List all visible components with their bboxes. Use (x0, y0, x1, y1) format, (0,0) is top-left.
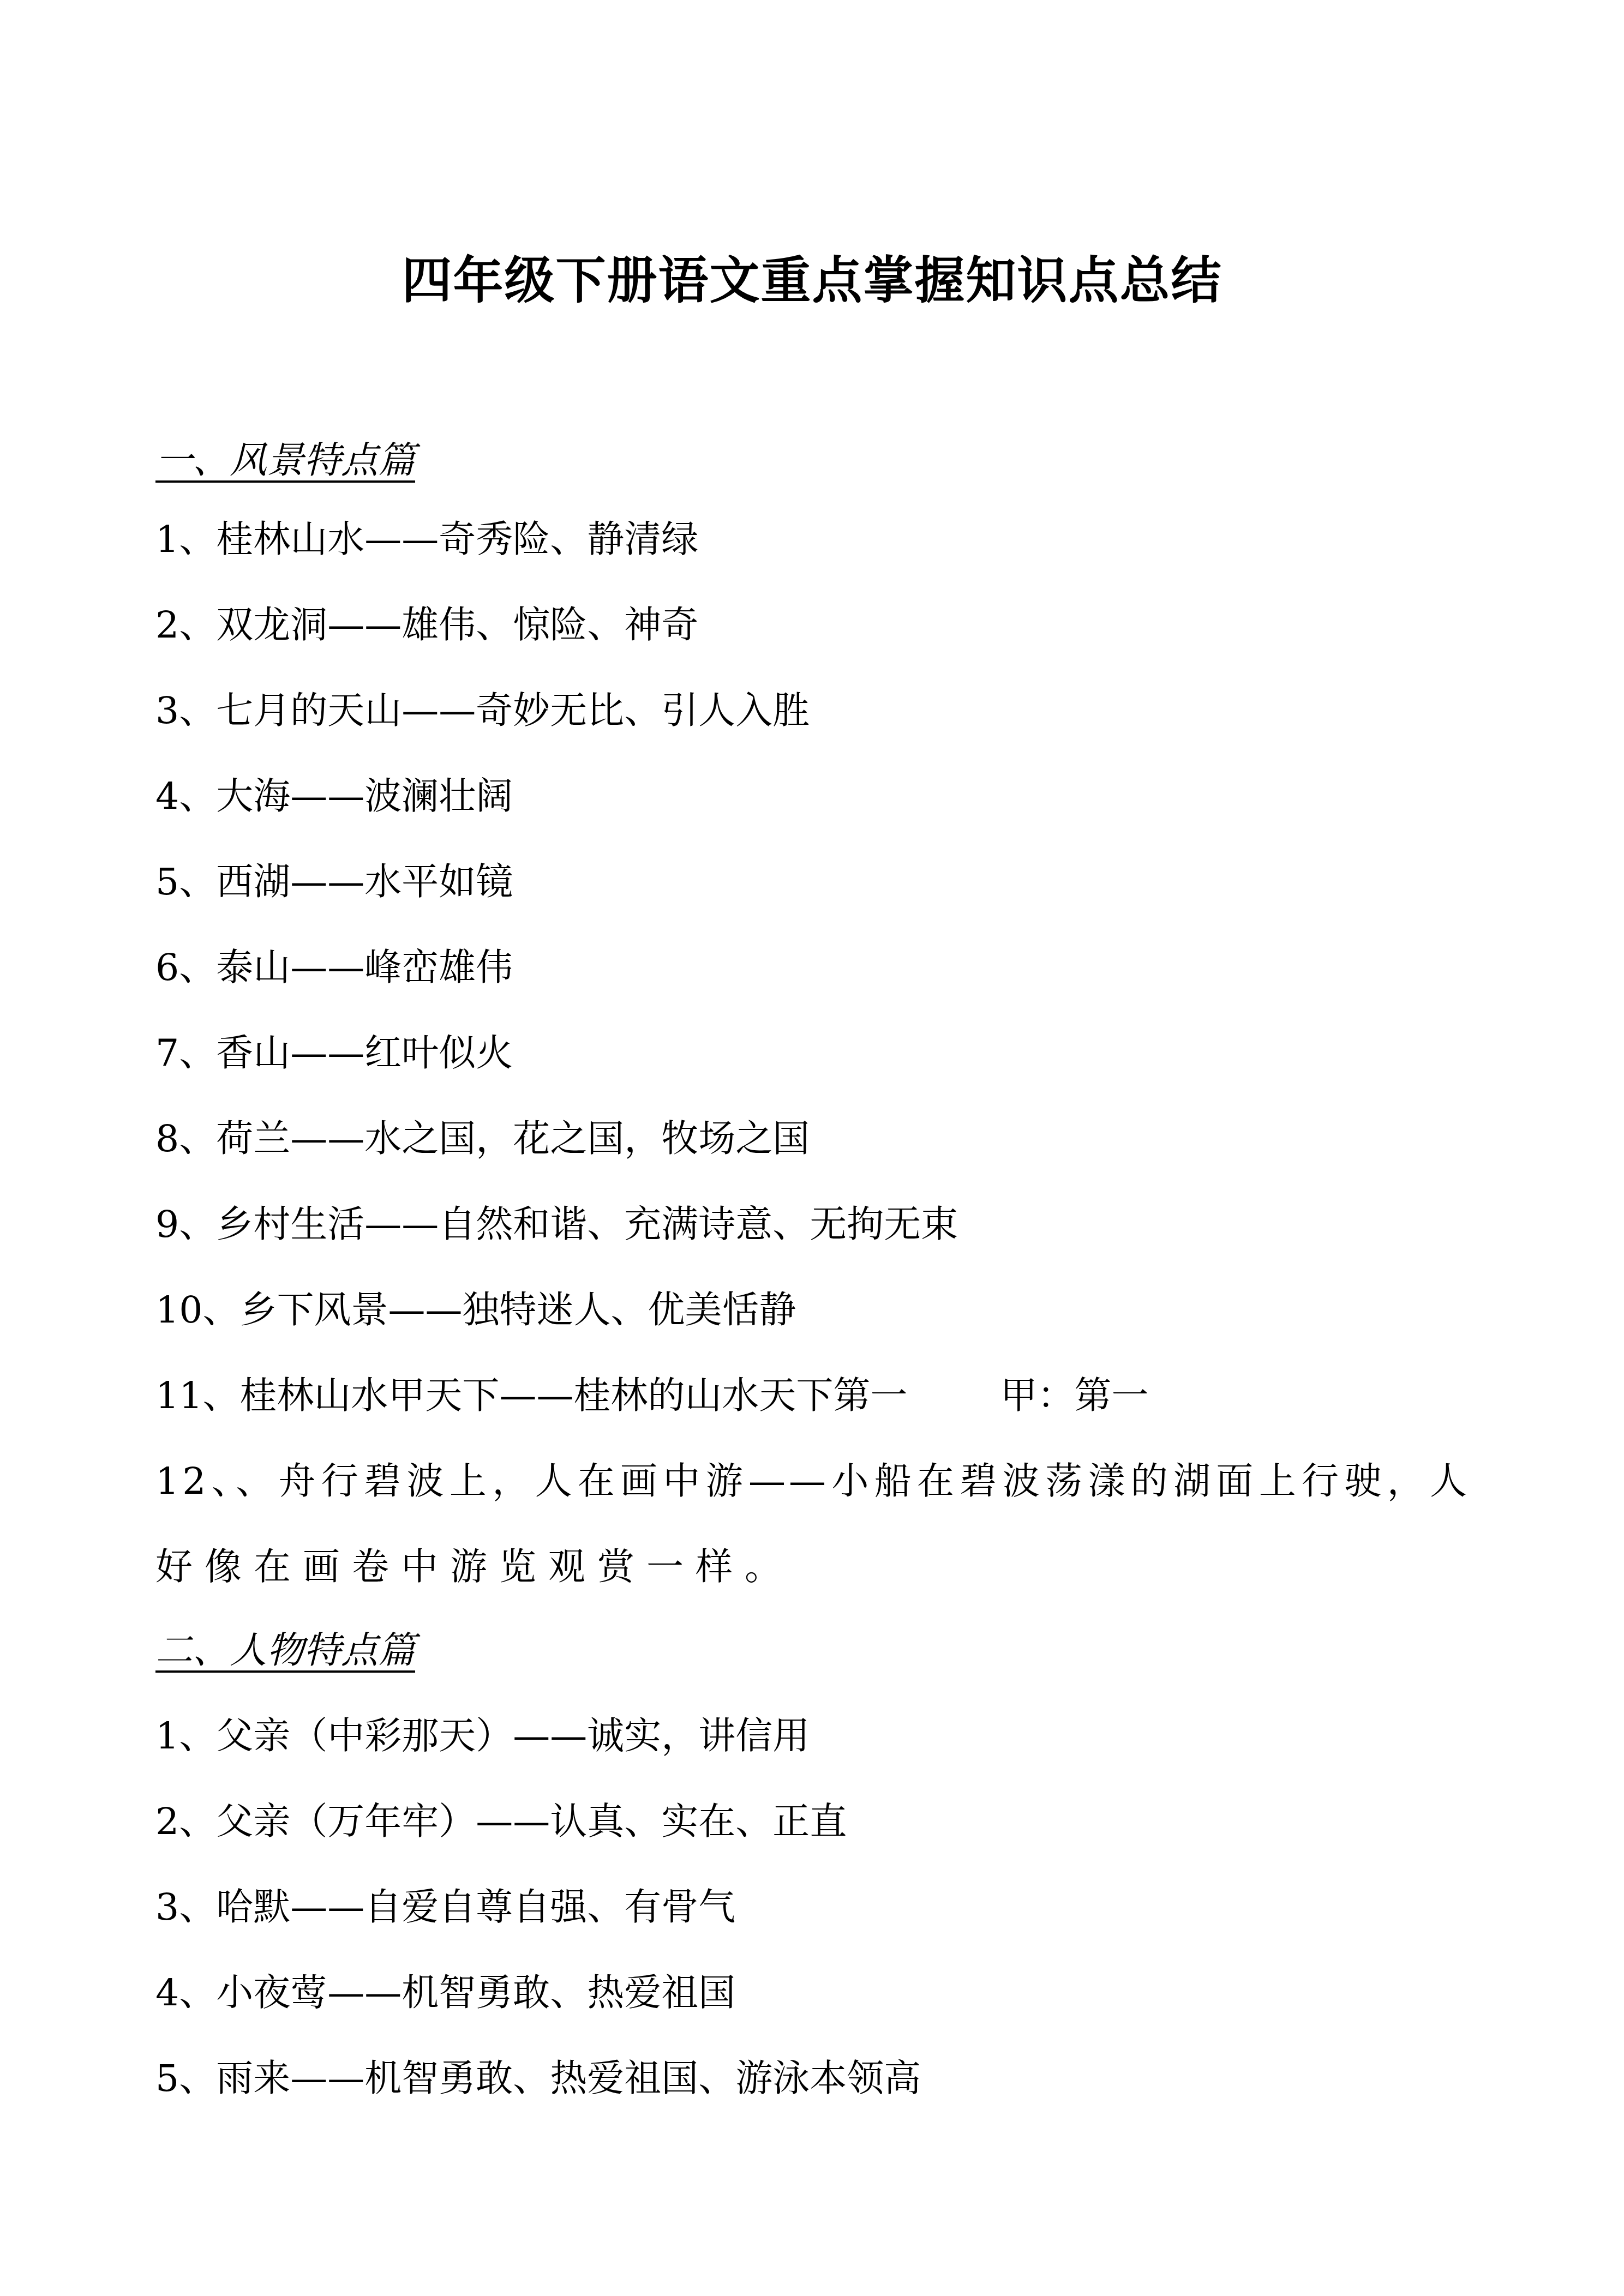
list-item: 11、桂林山水甲天下——桂林的山水天下第一甲：第一 (155, 1372, 1149, 1421)
item-note: 甲：第一 (1000, 1374, 1149, 1417)
list-item: 2、父亲（万年牢）——认真、实在、正直 (155, 1798, 847, 1847)
list-item: 8、荷兰——水之国，花之国，牧场之国 (155, 1115, 810, 1164)
item-number: 10、 (155, 1289, 240, 1332)
item-text: 桂林山水甲天下——桂林的山水天下第一 (240, 1374, 908, 1417)
list-item: 5、雨来——机智勇敢、热爱祖国、游泳本领高 (155, 2054, 921, 2103)
list-item: 6、泰山——峰峦雄伟 (155, 943, 513, 993)
list-item: 3、七月的天山——奇妙无比、引人入胜 (155, 687, 810, 736)
item-text: 雨来——机智勇敢、热爱祖国、游泳本领高 (216, 2057, 921, 2100)
item-number: 6、 (155, 946, 216, 989)
item-text: 小夜莺——机智勇敢、热爱祖国 (216, 1972, 735, 2015)
item-number: 2、 (155, 1800, 216, 1843)
list-item: 1、桂林山水——奇秀险、静清绿 (155, 515, 698, 564)
item-text: 香山——红叶似火 (216, 1032, 513, 1075)
list-item: 9、乡村生活——自然和谐、充满诗意、无拘无束 (155, 1200, 958, 1249)
item-text: 桂林山水——奇秀险、静清绿 (216, 518, 698, 561)
item-number: 4、 (155, 775, 216, 818)
item-number: 1、 (155, 1715, 216, 1758)
item-number: 9、 (155, 1203, 216, 1246)
item-text: 荷兰——水之国，花之国，牧场之国 (216, 1117, 810, 1161)
item-text: 双龙洞——雄伟、惊险、神奇 (216, 604, 698, 647)
list-item: 12、、舟行碧波上，人在画中游——小船在碧波荡漾的湖面上行驶，人 (155, 1457, 1470, 1506)
list-item-continuation: 好像在画卷中游览观赏一样。 (155, 1543, 794, 1592)
section-heading-characters: 二、人物特点篇 (155, 1626, 426, 1675)
item-number: 5、 (155, 861, 216, 904)
document-title: 四年级下册语文重点掌握知识点总结 (0, 248, 1624, 314)
item-number: 2、 (155, 604, 216, 647)
item-number: 1、 (155, 518, 216, 561)
item-text: 乡村生活——自然和谐、充满诗意、无拘无束 (216, 1203, 958, 1246)
list-item: 1、父亲（中彩那天）——诚实，讲信用 (155, 1712, 810, 1761)
item-text: 泰山——峰峦雄伟 (216, 946, 513, 989)
section-heading-scenery: 一、风景特点篇 (155, 436, 426, 485)
list-item: 3、哈默——自爱自尊自强、有骨气 (155, 1883, 735, 1932)
list-item: 5、西湖——水平如镜 (155, 858, 513, 907)
item-text: 父亲（万年牢）——认真、实在、正直 (216, 1800, 847, 1843)
list-item: 2、双龙洞——雄伟、惊险、神奇 (155, 601, 698, 650)
item-number: 5、 (155, 2057, 216, 2100)
list-item: 7、香山——红叶似火 (155, 1029, 513, 1078)
list-item: 4、大海——波澜壮阔 (155, 772, 513, 821)
item-text: 七月的天山——奇妙无比、引人入胜 (216, 689, 810, 732)
item-text: 哈默——自爱自尊自强、有骨气 (216, 1886, 735, 1929)
document-page: 四年级下册语文重点掌握知识点总结 一、风景特点篇 1、桂林山水——奇秀险、静清绿… (0, 0, 1624, 2296)
item-number: 3、 (155, 689, 216, 732)
item-number: 3、 (155, 1886, 216, 1929)
item-number: 7、 (155, 1032, 216, 1075)
item-number: 12、 (155, 1460, 236, 1503)
item-number: 4、 (155, 1972, 216, 2015)
item-number: 8、 (155, 1117, 216, 1161)
item-number: 11、 (155, 1374, 240, 1417)
item-text: 、舟行碧波上，人在画中游——小船在碧波荡漾的湖面上行驶，人 (236, 1460, 1470, 1503)
item-text: 大海——波澜壮阔 (216, 775, 513, 818)
item-text: 父亲（中彩那天）——诚实，讲信用 (216, 1715, 810, 1758)
list-item: 4、小夜莺——机智勇敢、热爱祖国 (155, 1969, 735, 2018)
item-text: 乡下风景——独特迷人、优美恬静 (240, 1289, 796, 1332)
item-text: 西湖——水平如镜 (216, 861, 513, 904)
list-item: 10、乡下风景——独特迷人、优美恬静 (155, 1286, 796, 1335)
